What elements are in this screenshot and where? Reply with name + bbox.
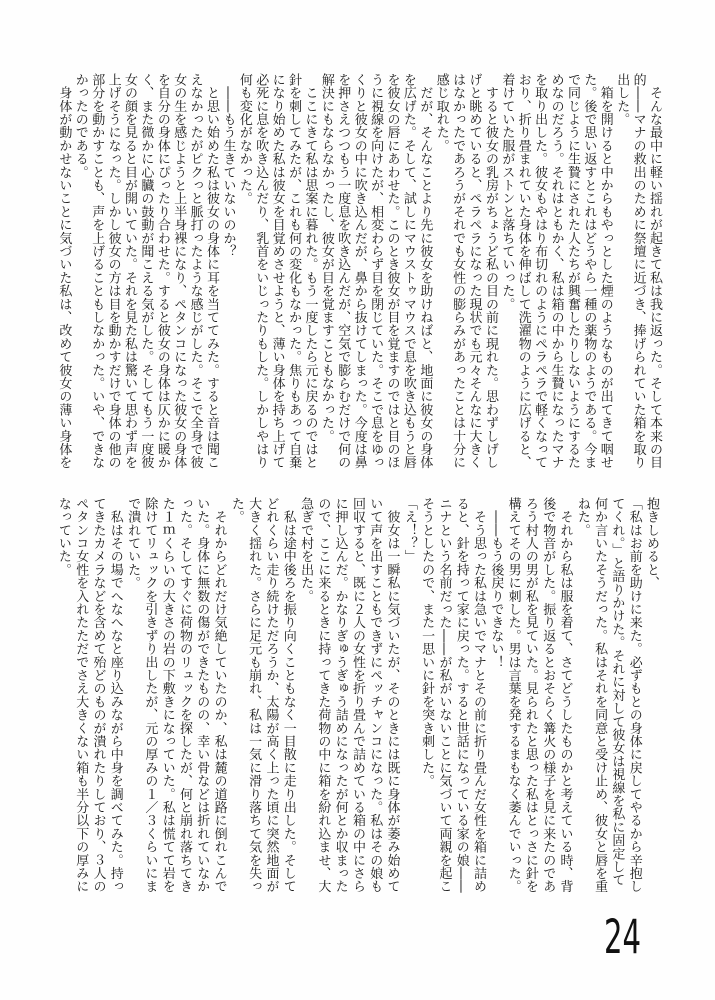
text-line: 「え！？」 — [401, 497, 418, 893]
text-line: と思い始めた私は彼女の身体に耳を当ててみた。すると音は聞こ — [203, 73, 219, 469]
text-line: ペタンコ女性を入れたただでさえ大きくない箱も半分以下の厚みに — [72, 497, 89, 893]
text-line: てくれ。」と語りかけた。それに対して彼女は視線を私に固定して — [608, 497, 625, 893]
text-line: 抱きしめると、 — [643, 497, 660, 893]
text-line: に押し込んだ。かなりぎゅうぎゅう詰めになったが何とか収まった — [331, 497, 348, 893]
text-line: ると、針を持って家に戻った。すると世話になっている家の娘―― — [452, 497, 469, 893]
text-line: 女の顔を見ると目が開いていた。それを見た私は驚いて思わず声を — [121, 73, 137, 469]
text-line: を彼女の唇にあわせた。このとき彼女が目を覚ますのではと目のほ — [383, 73, 399, 469]
text-line: ニナという名前だった――が私がいないことに気づいて両親を起こ — [435, 497, 452, 893]
text-line: げと眺めていると、ペラペラになった現状でも元々そんなに大きく — [465, 73, 481, 469]
text-block-bottom: 抱きしめると、「私はお前を助けに来た。必ずもとの身体に戻してやるから辛抱してくれ… — [55, 497, 660, 893]
text-line: すると彼女の乳房がちょうど私の目の前に現れた。思わずしげし — [482, 73, 498, 469]
text-line: そうとしたので、また一思いに針を突き刺した。 — [418, 497, 435, 893]
text-line: 何も変化がなかった。 — [235, 73, 251, 469]
text-line: 回収すると、既に２人の女性を折り畳んで詰めている箱の中にさら — [349, 497, 366, 893]
text-line: それから私は服を着て、さてどうしたものかと考えている時、背 — [556, 497, 573, 893]
text-line: 出した。 — [613, 73, 629, 469]
text-line: 構えてその男に刺した。男は言葉を発するまもなく萎んでいった。 — [504, 497, 521, 893]
text-line: 箱を開けると中からもやっとした煙のようなものが出てきて咽せ — [596, 73, 612, 469]
text-line: で同じように生贄にされた人たちが興奮したりしないようにするた — [564, 73, 580, 469]
text-line: で潰れていた。 — [124, 497, 141, 893]
text-line: 針を刺してみたが、これも何の変化もなかった。焦りもあって自棄 — [285, 73, 301, 469]
text-line: を自分の身体にぴったり合わせた。すると彼女の身体は仄かに暖か — [153, 73, 169, 469]
text-line: 上げそうになった。しかし彼女の方は目を動かすだけで身体の他の — [104, 73, 120, 469]
text-line: 何か言いたそうだった。私はそれを同意と受け止め、彼女と唇を重 — [591, 497, 608, 893]
text-line: いた。身体に無数の傷ができたものの、幸い骨などは折れていなか — [193, 497, 210, 893]
text-line: おり、折り畳まれていた身体を伸ばして洗濯物のように広げると、 — [514, 73, 530, 469]
text-line: なっていた。 — [55, 497, 72, 893]
text-line: を取り出した。彼女もやはり布切れのようにペラペラで軽くなって — [531, 73, 547, 469]
page-number: 24 — [604, 914, 641, 961]
text-line: 彼女は一瞬私に気づいたが、そのときには既に身体が萎み始めて — [383, 497, 400, 893]
text-line: だが、そんなことより先に彼女を助けねばと、地面に彼女の身体 — [416, 73, 432, 469]
text-line: ろう村人の男が私を見ていた。見られたと思った私はとっさに針を — [522, 497, 539, 893]
text-line: た。後で思い返すとこれはどうやら一種の薬物のようである。今ま — [580, 73, 596, 469]
text-line: ――もう生きていないのか？ — [219, 73, 235, 469]
text-line: 解決にもならなかったし、彼女が目を覚ますこともなかった。 — [317, 73, 333, 469]
text-line: 必死に息を吹き込んだり、乳首をいじったりもした。しかしやはり — [252, 73, 268, 469]
text-line: めなのだろう。それはともかく、私は箱の中から生贄になったマナ — [547, 73, 563, 469]
text-line: た１ｍくらいの大きさの岩の下敷きになっていた。私は慌てて岩を — [158, 497, 175, 893]
text-line: った。そしてすぐに荷物のリュックを探したが、何と崩れ落ちてき — [176, 497, 193, 893]
text-line: えなかったがピクっと脈打ったような感じがした。そこで全身で彼 — [186, 73, 202, 469]
text-line: く、また微かに心臓の鼓動が聞こえる気がした。そしてもう一度彼 — [137, 73, 153, 469]
text-line: 除けてリュックを引きずり出したが、元の厚みの１／３くらいにま — [141, 497, 158, 893]
text-line: 私は途中後ろを振り向くこともなく一目散に走り出した。そして — [279, 497, 296, 893]
text-line: かったのである。 — [71, 73, 87, 469]
text-line: どれくらい走り続けただろうか、太陽が高く上った頃に突然地面が — [262, 497, 279, 893]
text-line: ねた。 — [574, 497, 591, 893]
text-line: はなかったであろうがそれでも女性の膨らみがあったことは十分に — [449, 73, 465, 469]
text-line: 「私はお前を助けに来た。必ずもとの身体に戻してやるから辛抱し — [625, 497, 642, 893]
text-line: そんな最中に軽い揺れが起きて私は我に返った。そして本来の目 — [646, 73, 662, 469]
text-line: 部分を動かすことも、声を上げることもしなかった。いや、できな — [88, 73, 104, 469]
text-line: を広げた。そして、試しにマウストゥマウスで息を吹き込もうと唇 — [400, 73, 416, 469]
text-line: 急ぎで村を出た。 — [297, 497, 314, 893]
text-line: 的――マナの救出のために祭壇に近づき、捧げられていた箱を取り — [629, 73, 645, 469]
text-line: ――もう後戻りできない！ — [487, 497, 504, 893]
text-line: になり始めた私は彼女を目覚めさせようと、薄い身体を持ち上げて — [268, 73, 284, 469]
text-line: うに視線を向けたが、相変わらず目を閉じていた。そこで息をゆっ — [367, 73, 383, 469]
text-line: そう思った私は急いでマナとその前に折り畳んだ女性を箱に詰め — [470, 497, 487, 893]
text-line: 感じ取れた。 — [432, 73, 448, 469]
text-line: を押さえつつもう一度息を吹き込んだが、空気で膨らむだけで何の — [334, 73, 350, 469]
text-line: 私はその場でへなへなと座り込みながら中身を調べてみた。持っ — [107, 497, 124, 893]
text-block-top: そんな最中に軽い揺れが起きて私は我に返った。そして本来の目的――マナの救出のため… — [55, 73, 662, 469]
text-line: 後で物音がした。振り返るとおそらく篝火の様子を見に来たのであ — [539, 497, 556, 893]
text-line: 女の生を感じようと上半身裸になり、ペタンコになった彼女の身体 — [170, 73, 186, 469]
text-line: た。 — [228, 497, 245, 893]
text-line: くりと彼女の中に吹き込んだが、鼻から抜けてしまった。今度は鼻 — [350, 73, 366, 469]
text-line: 着けていた服がストンと落ちていった。 — [498, 73, 514, 469]
text-line: それからどれだけ気絶していたのか、私は麓の道路に倒れこんで — [210, 497, 227, 893]
text-line: てきたカメラなどを含めて殆どのものが潰れたりしており、３人の — [89, 497, 106, 893]
text-line: ので、ここに来るときに持ってきた荷物の中に箱を紛れ込ませ、大 — [314, 497, 331, 893]
text-line: いて声を出すこともできずにペッチャンコになった。私はその娘も — [366, 497, 383, 893]
text-line: 身体が動かせないことに気づいた私は、改めて彼女の薄い身体を — [55, 73, 71, 469]
text-line: 大きく揺れた。さらに足元も崩れ、私は一気に滑り落ちて気を失っ — [245, 497, 262, 893]
text-line: ここにきて私は思案に暮れた。もう一度したら元に戻るのではと — [301, 73, 317, 469]
scanned-document-page: { "page": { "number": "24" }, "top_block… — [0, 0, 715, 1000]
